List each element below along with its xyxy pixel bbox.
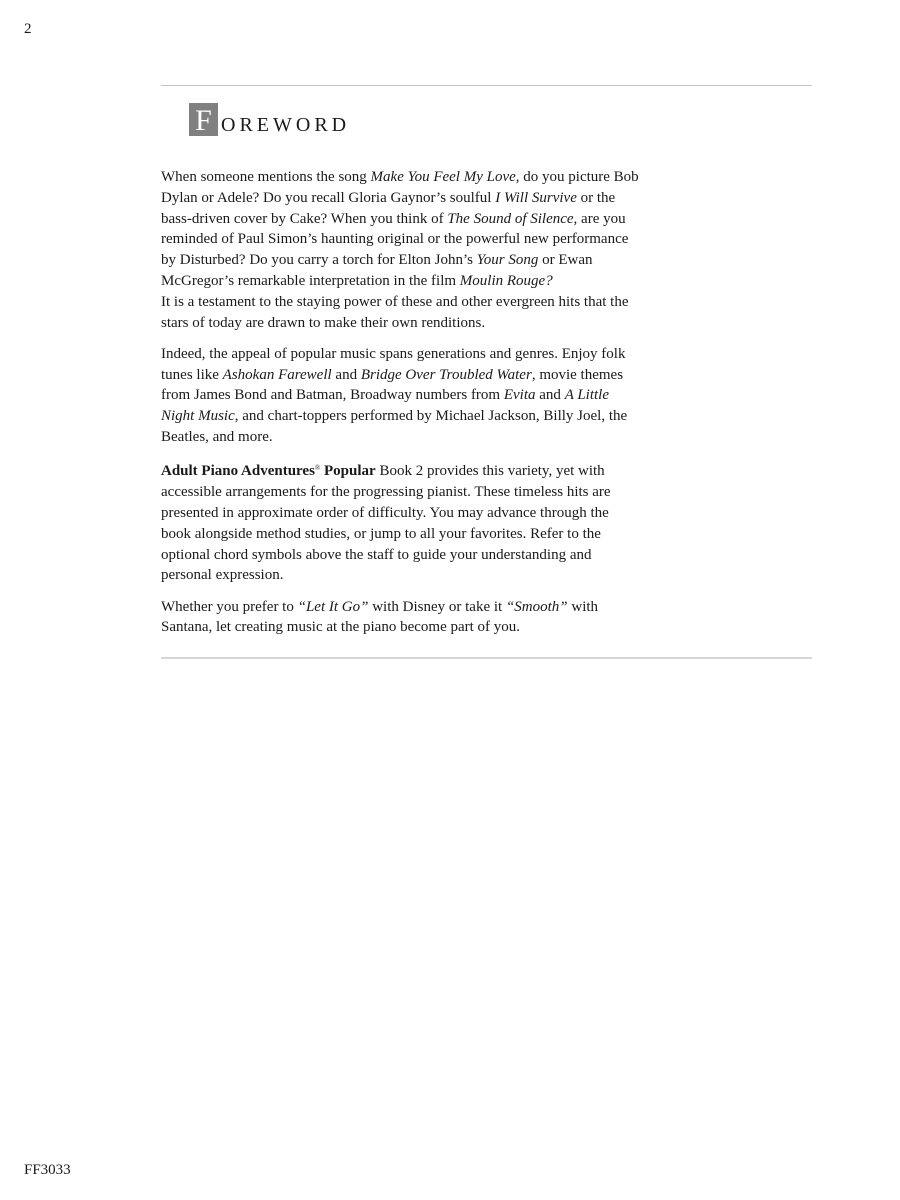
footer-code: FF3033 (24, 1162, 71, 1179)
song-title: The Sound of Silence (447, 211, 573, 227)
book-title: Popular (320, 463, 375, 479)
paragraph: Indeed, the appeal of popular music span… (161, 344, 641, 448)
text-run: with Disney or take it (368, 599, 505, 615)
song-title: “Let It Go” (298, 599, 369, 615)
text-run: When someone mentions the song (161, 169, 371, 185)
text-run: Whether you prefer to (161, 599, 298, 615)
song-title: Your Song (477, 252, 539, 268)
title-dropcap: F (189, 103, 218, 136)
text-run: It is a testament to the staying power o… (161, 294, 629, 331)
paragraph: Whether you prefer to “Let It Go” with D… (161, 597, 641, 639)
bottom-divider (161, 657, 812, 659)
page-title: F OREWORD (189, 103, 350, 136)
text-run: Book 2 provides this variety, yet with a… (161, 463, 611, 583)
song-title: Make You Feel My Love (371, 169, 516, 185)
song-title: “Smooth” (506, 599, 568, 615)
song-title: Evita (504, 387, 536, 403)
page-number: 2 (24, 21, 32, 38)
song-title: Bridge Over Troubled Water (361, 367, 532, 383)
text-run: and (332, 367, 361, 383)
title-text: OREWORD (221, 115, 350, 135)
song-title: Ashokan Farewell (223, 367, 332, 383)
text-run: and (536, 387, 565, 403)
paragraph: When someone mentions the song Make You … (161, 167, 641, 333)
song-title: I Will Survive (495, 190, 577, 206)
paragraph: Adult Piano Adventures® Popular Book 2 p… (161, 458, 641, 586)
book-title: Adult Piano Adventures (161, 463, 315, 479)
foreword-body: When someone mentions the song Make You … (161, 167, 641, 649)
song-title: Moulin Rouge? (460, 273, 553, 289)
top-divider (161, 85, 812, 86)
